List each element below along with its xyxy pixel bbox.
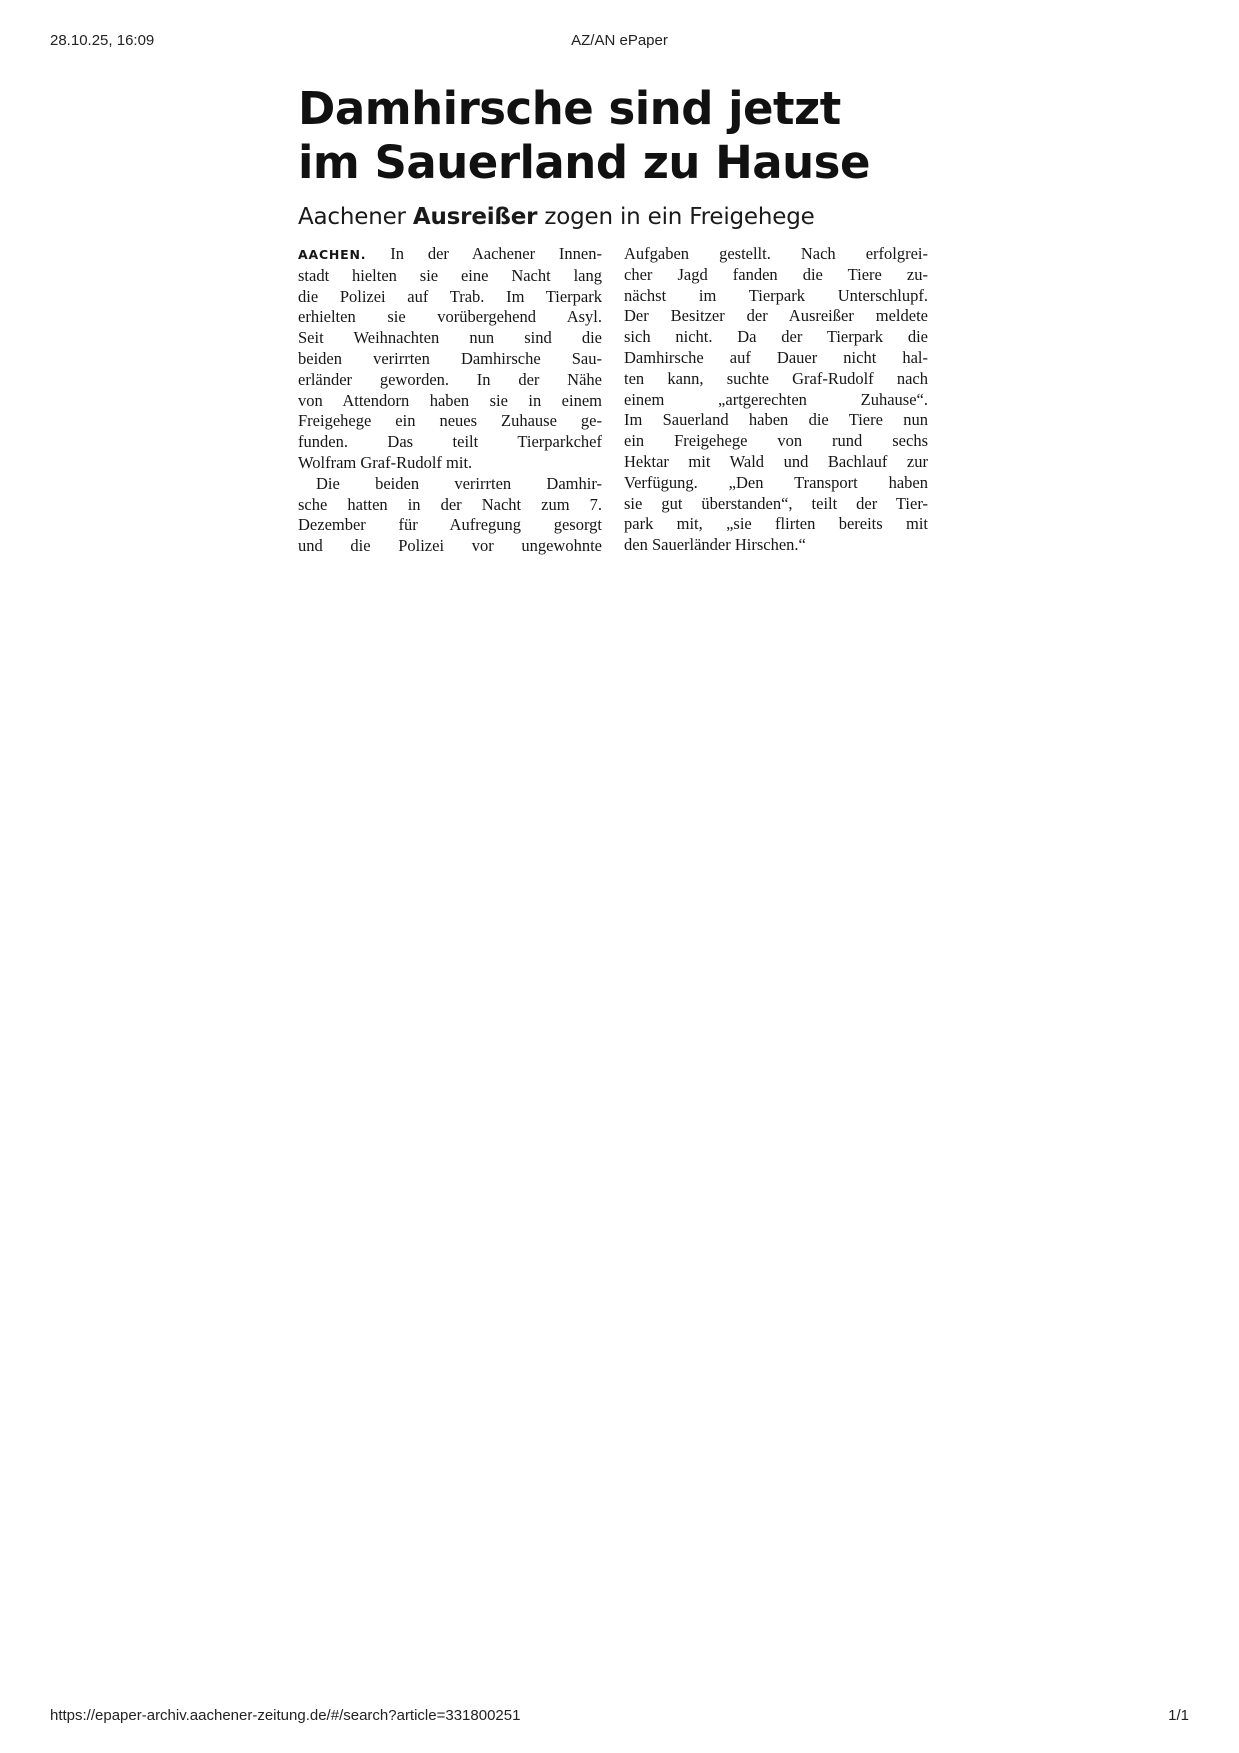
- subheadline: Aachener Ausreißer zogen in ein Freigehe…: [298, 204, 940, 230]
- body-line: sie gut überstanden“, teilt der Tier-: [624, 494, 928, 515]
- body-line: erländer geworden. In der Nähe: [298, 370, 602, 391]
- body-line: ten kann, suchte Graf-Rudolf nach: [624, 369, 928, 390]
- body-line: beiden verirrten Damhirsche Sau-: [298, 349, 602, 370]
- subheadline-text: zogen in ein Freigehege: [537, 204, 814, 230]
- body-line: ein Freigehege von rund sechs: [624, 431, 928, 452]
- body-line: Verfügung. „Den Transport haben: [624, 473, 928, 494]
- body-line: Der Besitzer der Ausreißer meldete: [624, 306, 928, 327]
- body-line: AACHEN. In der Aachener Innen-: [298, 244, 602, 266]
- body-line: erhielten sie vorübergehend Asyl.: [298, 307, 602, 328]
- body-line: sich nicht. Da der Tierpark die: [624, 327, 928, 348]
- body-line: die Polizei auf Trab. Im Tierpark: [298, 287, 602, 308]
- article-body: AACHEN. In der Aachener Innen- stadt hie…: [298, 244, 940, 557]
- body-line: Freigehege ein neues Zuhause ge-: [298, 411, 602, 432]
- body-line: Dezember für Aufregung gesorgt: [298, 515, 602, 536]
- headline: Damhirsche sind jetzt im Sauerland zu Ha…: [298, 82, 940, 190]
- body-line: und die Polizei vor ungewohnte: [298, 536, 602, 557]
- body-line: funden. Das teilt Tierparkchef: [298, 432, 602, 453]
- body-line: einem „artgerechten Zuhause“.: [624, 390, 928, 411]
- body-line: sche hatten in der Nacht zum 7.: [298, 495, 602, 516]
- dateline: AACHEN.: [298, 247, 366, 262]
- body-line: Damhirsche auf Dauer nicht hal-: [624, 348, 928, 369]
- column-1: AACHEN. In der Aachener Innen- stadt hie…: [298, 244, 602, 557]
- print-title: AZ/AN ePaper: [0, 32, 1239, 49]
- article-clipping: Damhirsche sind jetzt im Sauerland zu Ha…: [298, 82, 940, 557]
- body-line: Im Sauerland haben die Tiere nun: [624, 410, 928, 431]
- column-2: Aufgaben gestellt. Nach erfolgrei- cher …: [624, 244, 928, 557]
- body-line: Aufgaben gestellt. Nach erfolgrei-: [624, 244, 928, 265]
- print-url: https://epaper-archiv.aachener-zeitung.d…: [50, 1707, 520, 1724]
- body-line: cher Jagd fanden die Tiere zu-: [624, 265, 928, 286]
- headline-line-2: im Sauerland zu Hause: [298, 136, 870, 189]
- body-line: Hektar mit Wald und Bachlauf zur: [624, 452, 928, 473]
- subheadline-text: Aachener: [298, 204, 413, 230]
- body-line: Die beiden verirrten Damhir-: [298, 474, 602, 495]
- body-line: nächst im Tierpark Unterschlupf.: [624, 286, 928, 307]
- body-line: park mit, „sie flirten bereits mit: [624, 514, 928, 535]
- body-line: den Sauerländer Hirschen.“: [624, 535, 928, 556]
- body-line: von Attendorn haben sie in einem: [298, 391, 602, 412]
- body-line: stadt hielten sie eine Nacht lang: [298, 266, 602, 287]
- body-line: Wolfram Graf-Rudolf mit.: [298, 453, 602, 474]
- headline-line-1: Damhirsche sind jetzt: [298, 82, 841, 135]
- body-line: Seit Weihnachten nun sind die: [298, 328, 602, 349]
- subheadline-bold: Ausreißer: [413, 204, 537, 230]
- page-number: 1/1: [1168, 1707, 1189, 1724]
